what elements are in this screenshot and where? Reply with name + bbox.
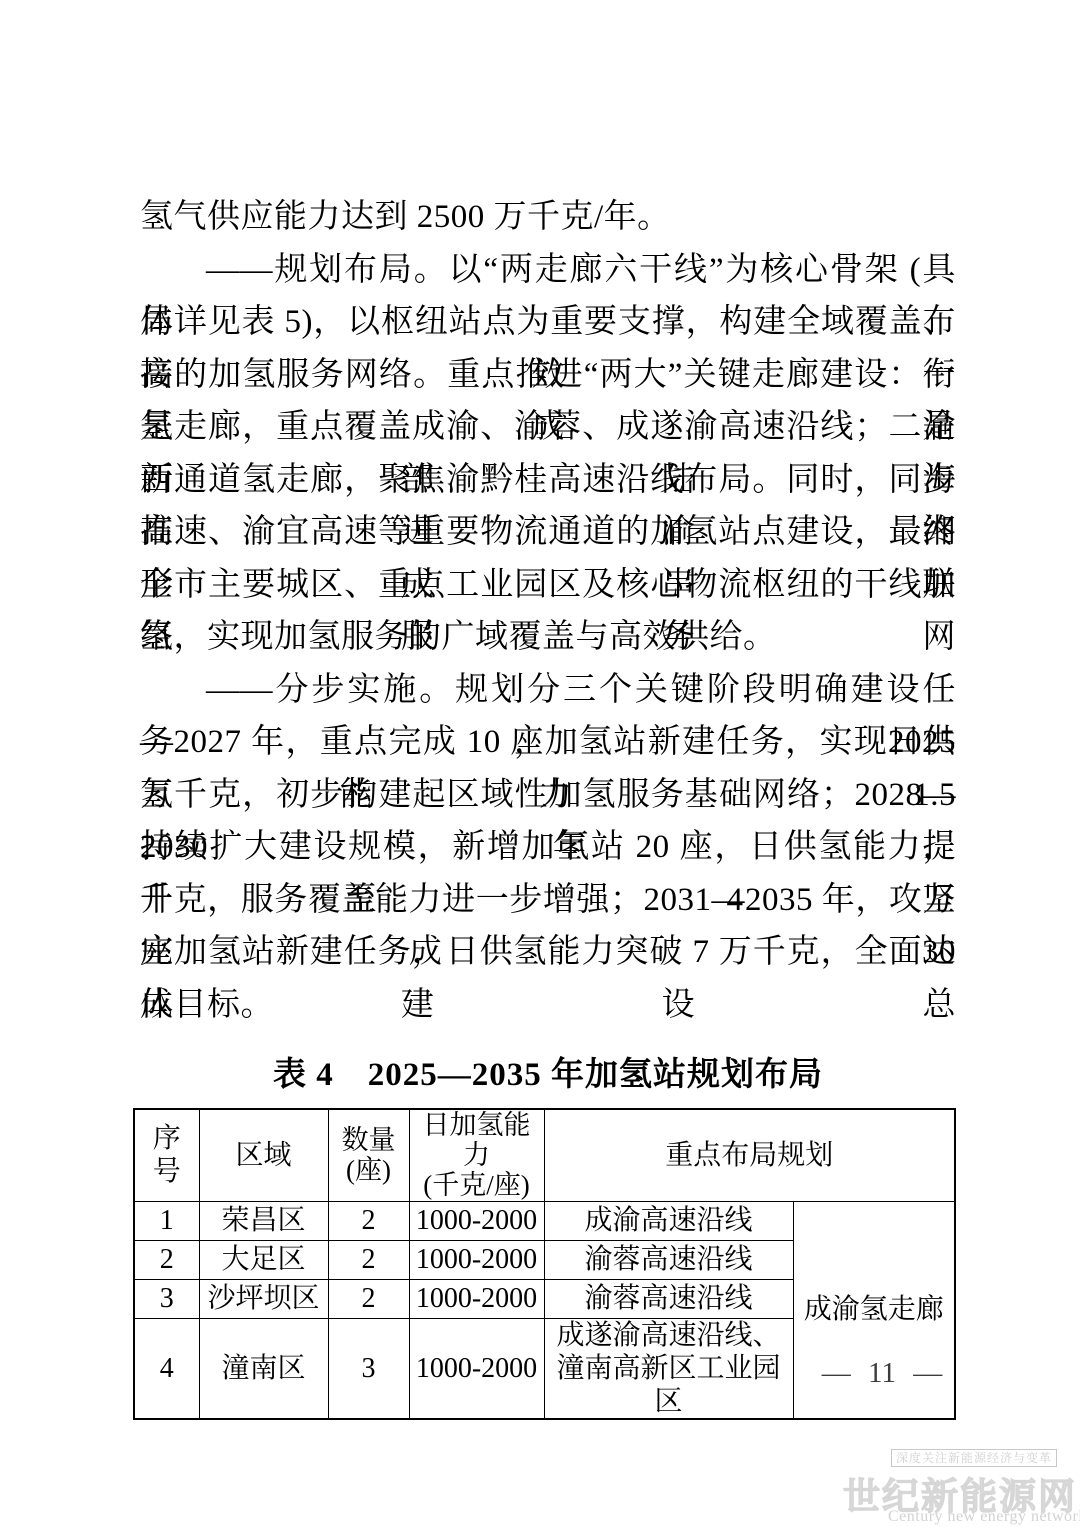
body-line: 氢气供应能力达到 2500 万千克/年。 bbox=[140, 191, 956, 244]
body-line: 万千克，初步构建起区域性加氢服务基础网络；2028—2030 年， bbox=[140, 769, 956, 822]
cell-capacity: 1000-2000 bbox=[409, 1201, 544, 1240]
body-line: 座加氢站新建任务，日供氢能力突破 7 万千克，全面达成建设总 bbox=[140, 926, 956, 979]
cell-district: 荣昌区 bbox=[199, 1201, 328, 1240]
col-header-count-line2: (座) bbox=[333, 1155, 405, 1185]
cell-plan: 成渝高速沿线 bbox=[544, 1201, 793, 1240]
page-number: — 11 — bbox=[816, 1357, 948, 1390]
col-header-no: 序号 bbox=[134, 1109, 199, 1201]
cell-no: 1 bbox=[134, 1201, 199, 1240]
body-line: 千克，服务覆盖能力进一步增强；2031—2035 年，攻坚完成 30 bbox=[140, 874, 956, 927]
cell-count: 2 bbox=[328, 1240, 409, 1279]
document-page: 氢气供应能力达到 2500 万千克/年。 ——规划布局。以“两走廊六干线”为核心… bbox=[0, 0, 1080, 1527]
col-header-capacity-line2: (千克/座) bbox=[414, 1170, 540, 1200]
body-line: 高速、渝宜高速等重要物流通道的加氢站点建设，最终形成串联 bbox=[140, 506, 956, 559]
col-header-capacity-line1: 日加氢能力 bbox=[414, 1110, 540, 1170]
cell-no: 3 bbox=[134, 1279, 199, 1318]
body-line: ——分步实施。规划分三个关键阶段明确建设任务，2025 bbox=[140, 664, 956, 717]
body-line: 持续扩大建设规模，新增加氢站 20 座，日供氢能力提升至 4 万 bbox=[140, 821, 956, 874]
col-header-capacity: 日加氢能力 (千克/座) bbox=[409, 1109, 544, 1201]
cell-no: 4 bbox=[134, 1318, 199, 1419]
body-line: 接的加氢服务网络。重点推进“两大”关键走廊建设：一是成渝 bbox=[140, 349, 956, 402]
table-header-row: 序号 区域 数量 (座) 日加氢能力 (千克/座) 重点布局规划 bbox=[134, 1109, 955, 1201]
body-line: 局详见表 5)，以枢纽站点为重要支撑，构建全域覆盖、高效衔 bbox=[140, 296, 956, 349]
col-header-count-line1: 数量 bbox=[333, 1125, 405, 1155]
cell-district: 沙坪坝区 bbox=[199, 1279, 328, 1318]
col-header-plan: 重点布局规划 bbox=[544, 1109, 955, 1201]
cell-capacity: 1000-2000 bbox=[409, 1279, 544, 1318]
cell-plan: 渝蓉高速沿线 bbox=[544, 1279, 793, 1318]
body-text-block: 氢气供应能力达到 2500 万千克/年。 ——规划布局。以“两走廊六干线”为核心… bbox=[140, 191, 956, 1031]
table-row: 1 荣昌区 2 1000-2000 成渝高速沿线 成渝氢走廊 bbox=[134, 1201, 955, 1240]
table-caption: 表 4 2025—2035 年加氢站规划布局 bbox=[140, 1048, 956, 1095]
watermark-brand-en: Century new energy network bbox=[888, 1508, 1080, 1526]
cell-plan: 渝蓉高速沿线 bbox=[544, 1240, 793, 1279]
cell-count: 2 bbox=[328, 1201, 409, 1240]
cell-district: 大足区 bbox=[199, 1240, 328, 1279]
cell-district: 潼南区 bbox=[199, 1318, 328, 1419]
cell-capacity: 1000-2000 bbox=[409, 1318, 544, 1419]
cell-count: 3 bbox=[328, 1318, 409, 1419]
body-line: —2027 年，重点完成 10 座加氢站新建任务，实现日供氢能力 1.5 bbox=[140, 716, 956, 769]
col-header-district: 区域 bbox=[199, 1109, 328, 1201]
body-line: 全市主要城区、重点工业园区及核心物流枢纽的干线加氢服务网 bbox=[140, 559, 956, 612]
watermark-tagline: 深度关注新能源经济与变革 bbox=[891, 1449, 1057, 1467]
col-header-count: 数量 (座) bbox=[328, 1109, 409, 1201]
cell-plan: 成遂渝高速沿线、潼南高新区工业园区 bbox=[544, 1318, 793, 1419]
body-line: ——规划布局。以“两走廊六干线”为核心骨架 (具体布 bbox=[140, 244, 956, 297]
body-line: 新通道氢走廊，聚焦渝黔桂高速沿线布局。同时，同步推进渝湘 bbox=[140, 454, 956, 507]
cell-no: 2 bbox=[134, 1240, 199, 1279]
cell-capacity: 1000-2000 bbox=[409, 1240, 544, 1279]
body-line: 氢走廊，重点覆盖成渝、渝蓉、成遂渝高速沿线；二是西部陆海 bbox=[140, 401, 956, 454]
cell-count: 2 bbox=[328, 1279, 409, 1318]
